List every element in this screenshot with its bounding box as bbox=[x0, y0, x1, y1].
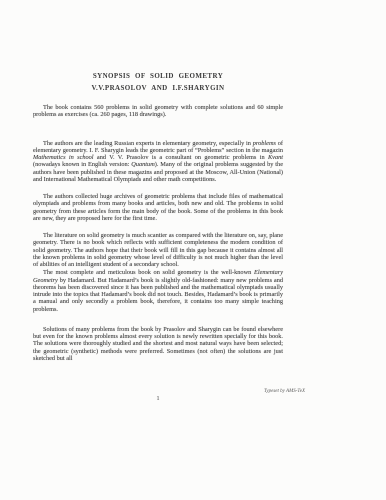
italic-text-segment: Mathematics in school bbox=[33, 154, 94, 161]
text-segment: (nowadays known in English version: bbox=[33, 161, 131, 168]
page-number: 1 bbox=[33, 395, 283, 402]
paragraph-5: The most complete and meticulous book on… bbox=[33, 269, 283, 313]
document-title: SYNOPSIS OF SOLID GEOMETRY bbox=[33, 70, 283, 82]
text-segment: Solutions of many problems from the book… bbox=[33, 326, 283, 362]
paragraph-3: The authors collected huge archives of g… bbox=[33, 193, 283, 222]
scanned-document-page: SYNOPSIS OF SOLID GEOMETRY V.V.PRASOLOV … bbox=[0, 0, 386, 500]
paragraph-2: The authors are the leading Russian expe… bbox=[33, 140, 283, 184]
text-segment: by Hadamard. But Hadamard’s book is slig… bbox=[33, 277, 283, 313]
text-segment: The literature on solid geometry is much… bbox=[33, 232, 283, 268]
paragraphs: The book contains 560 problems in solid … bbox=[33, 104, 283, 362]
text-segment: The authors collected huge archives of g… bbox=[33, 193, 283, 222]
text-block: SYNOPSIS OF SOLID GEOMETRY V.V.PRASOLOV … bbox=[33, 70, 283, 362]
typeset-note: Typeset by AMS-TeX bbox=[33, 389, 305, 394]
text-segment: The book contains 560 problems in solid … bbox=[33, 104, 283, 118]
italic-text-segment: problems bbox=[253, 140, 276, 147]
text-segment: The most complete and meticulous book on… bbox=[43, 269, 254, 276]
paragraph-6: Solutions of many problems from the book… bbox=[33, 326, 283, 362]
text-segment: and V. V. Prasolov is a consultant on ge… bbox=[94, 154, 268, 161]
paragraph-1: The book contains 560 problems in solid … bbox=[33, 104, 283, 119]
text-segment: The authors are the leading Russian expe… bbox=[43, 140, 253, 147]
paragraph-4: The literature on solid geometry is much… bbox=[33, 232, 283, 268]
italic-text-segment: Quantum bbox=[131, 161, 154, 168]
italic-text-segment: Kvant bbox=[268, 154, 283, 161]
document-authors: V.V.PRASOLOV AND I.F.SHARYGIN bbox=[33, 82, 283, 94]
